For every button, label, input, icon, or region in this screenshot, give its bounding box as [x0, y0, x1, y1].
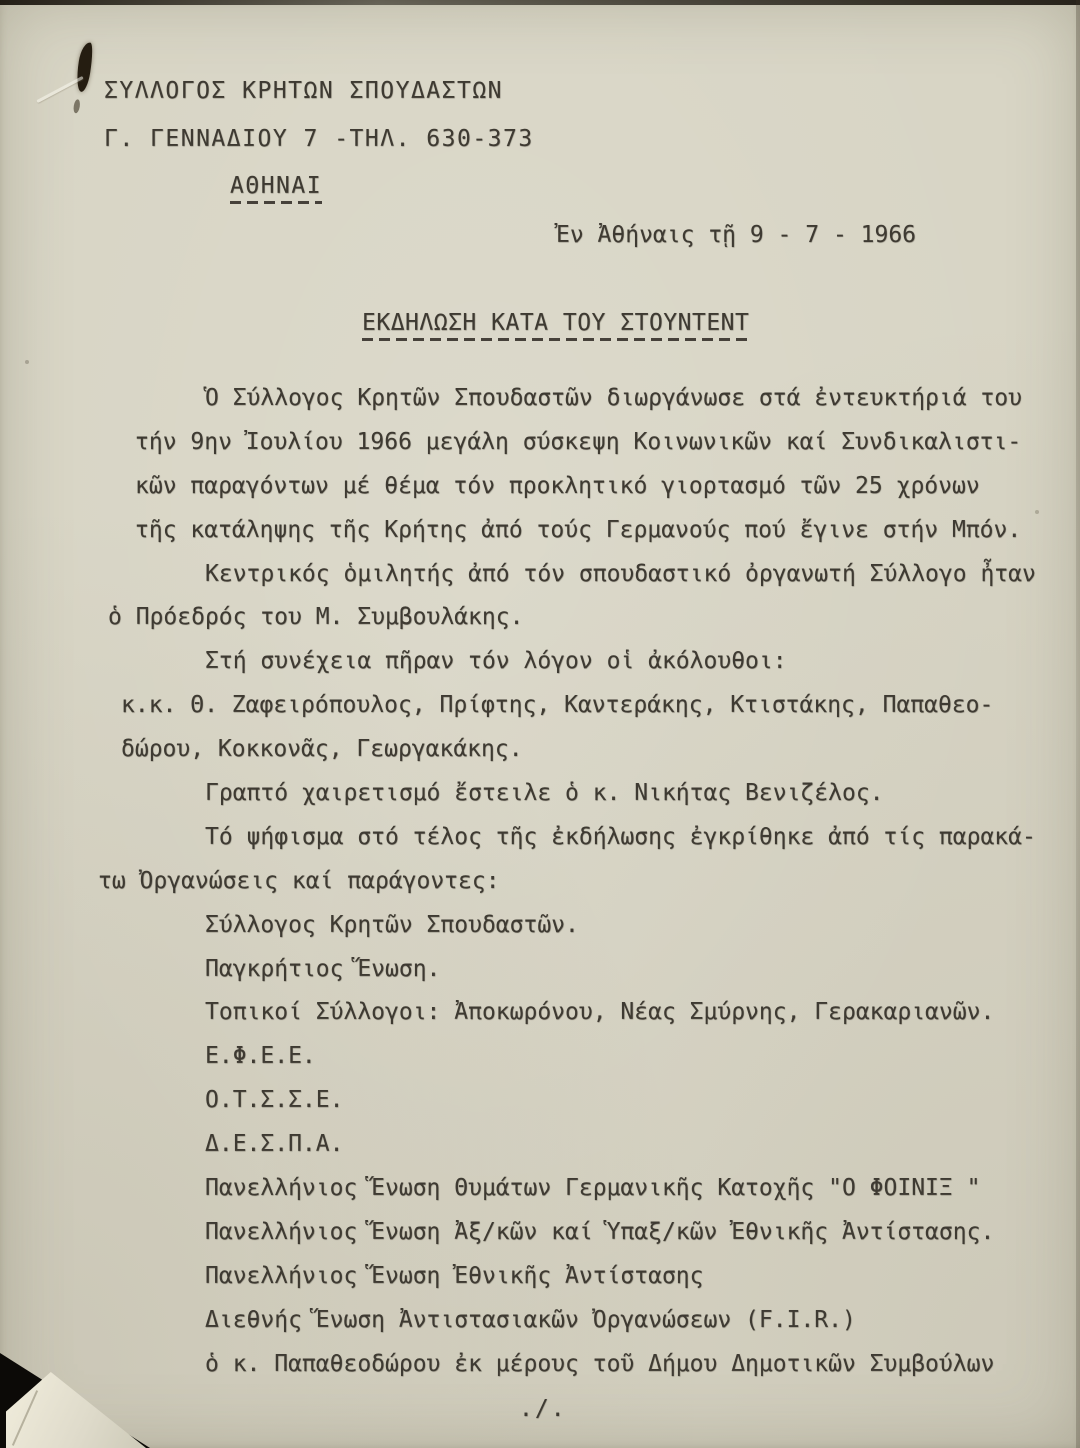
body-line: κῶν παραγόντων μέ θέμα τόν προκλητικό γι… [0, 465, 1080, 509]
body-line: Πανελλήνιος Ἕνωση Θυμάτων Γερμανικῆς Κατ… [0, 1167, 1080, 1211]
body-line: Στή συνέχεια πῆραν τόν λόγον οἱ ἀκόλουθο… [0, 640, 1080, 684]
letterhead-city: ΑΘΗΝΑΙ [230, 173, 322, 204]
body-line: Τό ψήφισμα στό τέλος τῆς ἐκδήλωσης ἐγκρί… [0, 816, 1080, 860]
letterhead-address-phone: Γ. ΓΕΝΝΑΔΙΟΥ 7 -ΤΗΛ. 630-373 [104, 126, 534, 152]
scanned-document-page: ΣΥΛΛΟΓΟΣ ΚΡΗΤΩΝ ΣΠΟΥΔΑΣΤΩΝ Γ. ΓΕΝΝΑΔΙΟΥ … [0, 0, 1080, 1448]
body-line: ὁ Πρόεδρός του Μ. Συμβουλάκης. [0, 596, 1080, 640]
body-line: Ο.Τ.Σ.Σ.Ε. [0, 1079, 1080, 1123]
body-line: Πανελλήνιος Ἕνωση Ἀξ/κῶν καί Ὑπαξ/κῶν Ἐθ… [0, 1211, 1080, 1255]
continuation-mark: ./. [519, 1396, 567, 1422]
body-line: Σύλλογος Κρητῶν Σπουδαστῶν. [0, 904, 1080, 948]
body-line: Ὁ Σύλλογος Κρητῶν Σπουδαστῶν διωργάνωσε … [0, 377, 1080, 421]
body-line: Ε.Φ.Ε.Ε. [0, 1035, 1080, 1079]
body-line: τω Ὀργανώσεις καί παράγοντες: [0, 860, 1080, 904]
body-line: κ.κ. Θ. Ζαφειρόπουλος, Πρίφτης, Καντεράκ… [0, 684, 1080, 728]
body-line: Γραπτό χαιρετισμό ἔστειλε ὁ κ. Νικήτας Β… [0, 772, 1080, 816]
body-line: Κεντρικός ὁμιλητής ἀπό τόν σπουδαστικό ὀ… [0, 553, 1080, 597]
body-line: δώρου, Κοκκονᾶς, Γεωργακάκης. [0, 728, 1080, 772]
paper-speck [25, 360, 29, 364]
ink-stain [74, 41, 95, 92]
body-line: ὁ κ. Παπαθεοδώρου ἐκ μέρους τοῦ Δήμου Δη… [0, 1343, 1080, 1387]
body-line: Πανελλήνιος Ἕνωση Ἐθνικῆς Ἀντίστασης [0, 1255, 1080, 1299]
body-line: τήν 9ην Ἰουλίου 1966 μεγάλη σύσκεψη Κοιν… [0, 421, 1080, 465]
body-line: Παγκρήτιος Ἕνωση. [0, 948, 1080, 992]
body-line: Διεθνής Ἕνωση Ἀντιστασιακῶν Ὀργανώσεων (… [0, 1299, 1080, 1343]
document-body: Ὁ Σύλλογος Κρητῶν Σπουδαστῶν διωργάνωσε … [0, 377, 1080, 1386]
document-title: ΕΚΔΗΛΩΣΗ ΚΑΤΑ ΤΟΥ ΣΤΟΥΝΤΕΝΤ [362, 310, 749, 341]
letterhead-org-name: ΣΥΛΛΟΓΟΣ ΚΡΗΤΩΝ ΣΠΟΥΔΑΣΤΩΝ [104, 78, 503, 104]
body-line: Δ.Ε.Σ.Π.Α. [0, 1123, 1080, 1167]
dateline: Ἐν Ἀθήναις τῇ 9 - 7 - 1966 [556, 222, 916, 248]
body-line: Τοπικοί Σύλλογοι: Ἀποκωρόνου, Νέας Σμύρν… [0, 991, 1080, 1035]
scan-edge-top [0, 0, 1080, 5]
body-line: τῆς κατάληψης τῆς Κρήτης ἀπό τούς Γερμαν… [0, 509, 1080, 553]
